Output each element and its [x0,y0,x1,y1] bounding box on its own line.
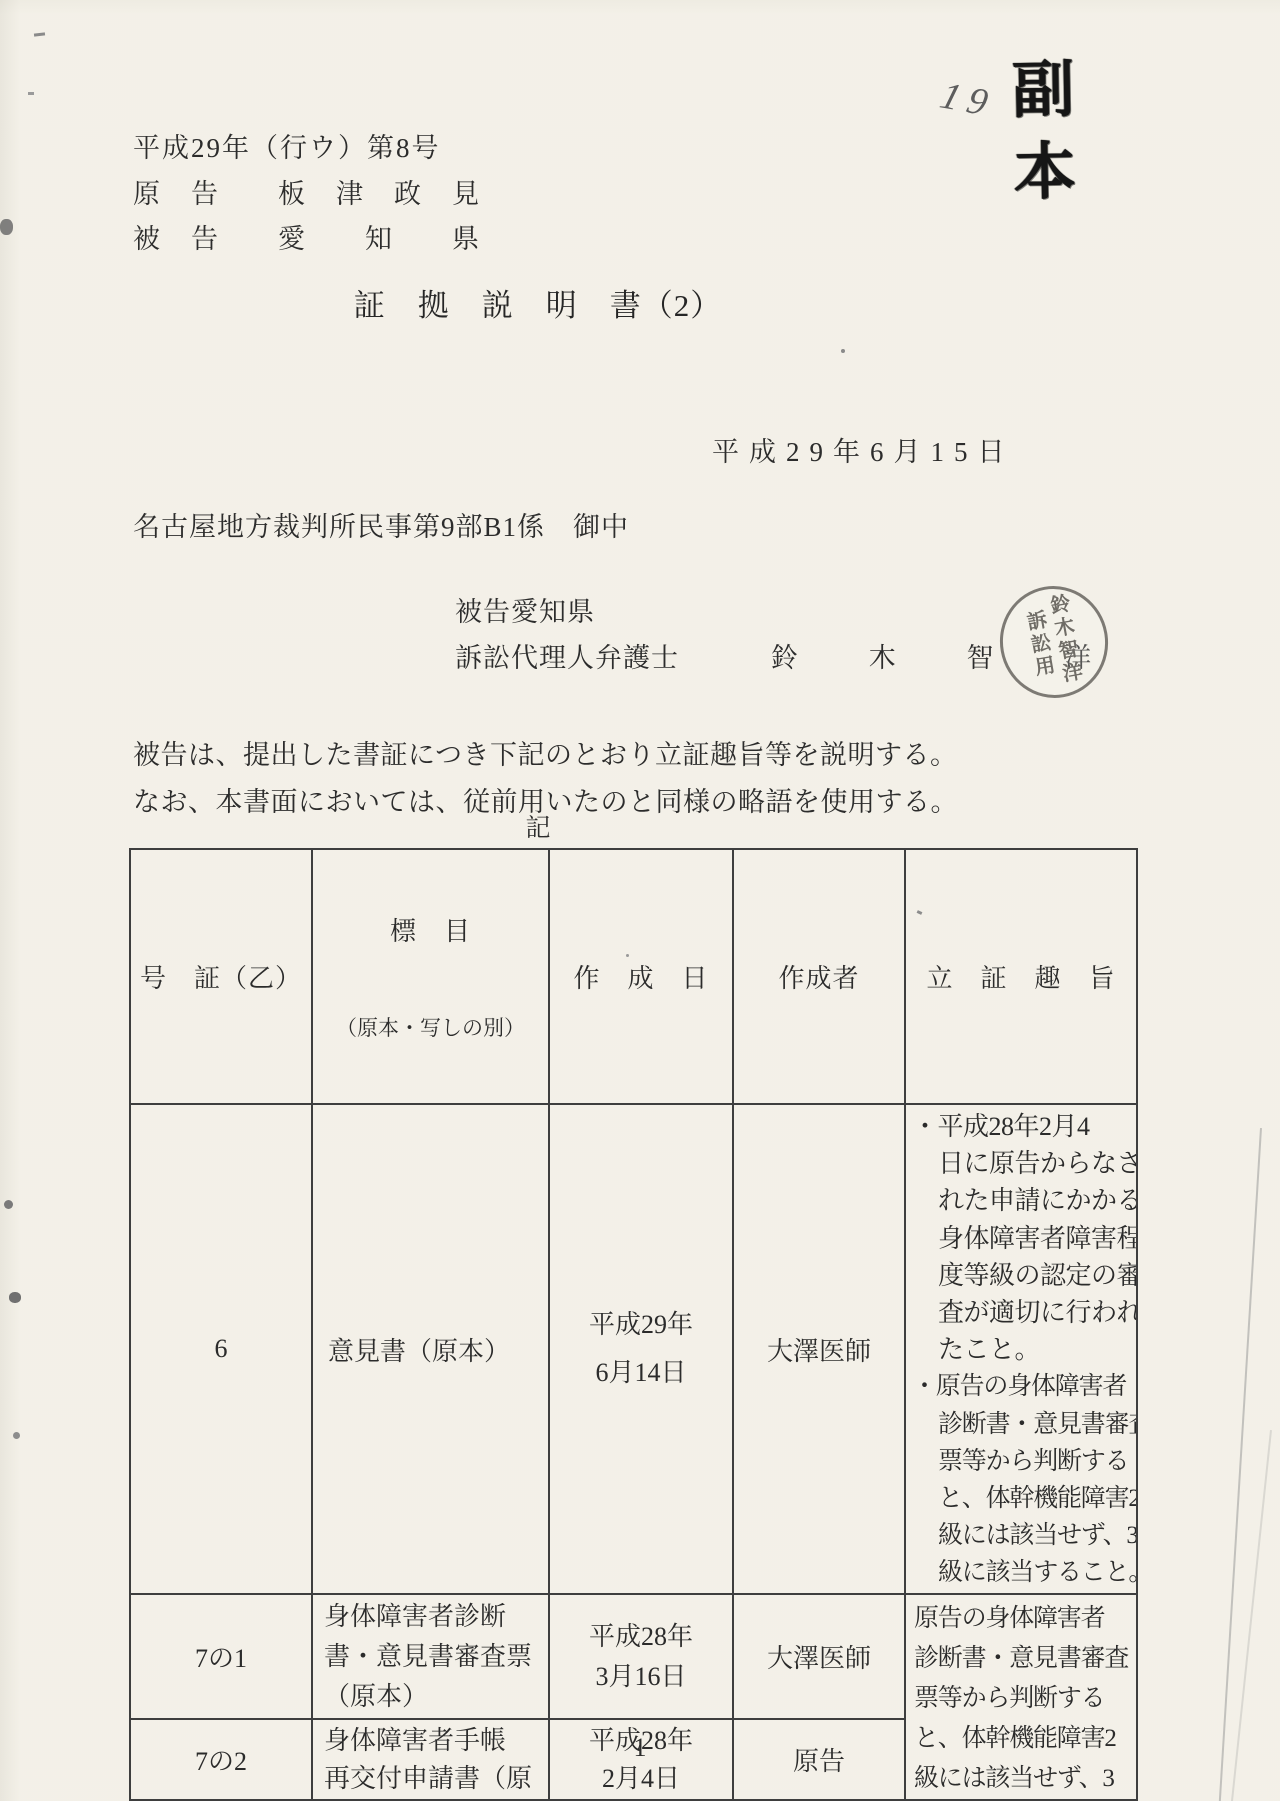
header-title: 標 目 （原本・写しの別） [312,849,549,1104]
cell-date: 平成29年 6月14日 [549,1104,733,1594]
defendant-line: 被 告 愛 知 県 [133,217,481,256]
scanned-court-document: 副本 19 平成29年（行ウ）第8号 原 告 板 津 政 見 被 告 愛 知 県… [0,0,1280,1801]
table-row-exhibit-6: 6 意見書（原本） 平成29年 6月14日 大澤医師 ・平成28年2月4 日に原… [130,1104,1137,1594]
header-creation-date: 作 成 日 [549,849,733,1104]
document-title: 証 拠 説 明 書（2） [133,280,943,325]
body-paragraph-1: 被告は、提出した書証につき下記のとおり立証趣旨等を説明する。 [133,733,957,772]
header-title-sub: （原本・写しの別） [314,1012,547,1042]
defendant-party: 被告愛知県 [455,590,595,629]
purpose-merged-text: 原告の身体障害者 診断書・意見書審査 票等から判断する と、体幹機能障害2 級に… [914,1599,1134,1799]
scan-fold-line [1218,1128,1262,1801]
scan-smudge [4,1200,13,1209]
table-header-row: 号 証（乙） 標 目 （原本・写しの別） 作 成 日 作成者 立 証 趣 旨 [130,849,1137,1104]
evidence-table: 号 証（乙） 標 目 （原本・写しの別） 作 成 日 作成者 立 証 趣 旨 6… [129,848,1138,1801]
cell-date: 平成28年 3月16日 [549,1594,733,1719]
handwritten-number: 19 [935,74,1000,126]
cell-author: 大澤医師 [733,1104,905,1594]
attorney-label: 訴訟代理人弁護士 [455,643,679,673]
purpose-item-1: ・平成28年2月4 日に原告からなさ れた申請にかかる 身体障害者障害程 度等級… [912,1108,1134,1368]
record-label: 記 [133,808,943,844]
cell-title: 身体障害者診断 書・意見書審査票 （原本） [312,1594,549,1719]
scan-speck [34,32,45,36]
scan-speck [841,349,845,353]
plaintiff-line: 原 告 板 津 政 見 [133,172,481,211]
cell-exhibit-no: 6 [130,1104,312,1594]
table-row-exhibit-7-1: 7の1 身体障害者診断 書・意見書審査票 （原本） 平成28年 3月16日 大澤… [130,1594,1137,1719]
case-number: 平成29年（行ウ）第8号 [133,126,441,165]
page-number: 1 [0,1733,1280,1763]
scan-speck [28,92,34,95]
header-author: 作成者 [733,849,905,1104]
header-purpose: 立 証 趣 旨 [905,849,1137,1104]
scan-smudge [9,1292,21,1303]
header-exhibit-no: 号 証（乙） [130,849,312,1104]
attorney-line: 訴訟代理人弁護士鈴 木 智 洋 [455,636,1093,675]
document-date: 平成29年6月15日 [712,430,1015,469]
cell-exhibit-no: 7の1 [130,1594,312,1719]
cell-purpose-merged: 原告の身体障害者 診断書・意見書審査 票等から判断する と、体幹機能障害2 級に… [905,1594,1137,1800]
attorney-seal-stamp: 訴訟用 鈴木智洋 [991,577,1117,706]
cell-purpose: ・平成28年2月4 日に原告からなさ れた申請にかかる 身体障害者障害程 度等級… [905,1104,1137,1594]
addressee-court: 名古屋地方裁判所民事第9部B1係 御中 [133,505,629,544]
scan-smudge [13,1432,20,1439]
scan-smudge [0,219,13,235]
cell-author: 大澤医師 [733,1594,905,1719]
header-title-main: 標 目 [314,911,547,948]
cell-title: 意見書（原本） [312,1104,549,1594]
copy-stamp: 副本 [1012,49,1077,214]
purpose-item-2: ・原告の身体障害者 診断書・意見書審査 票等から判断する と、体幹機能障害2 級… [912,1368,1134,1591]
